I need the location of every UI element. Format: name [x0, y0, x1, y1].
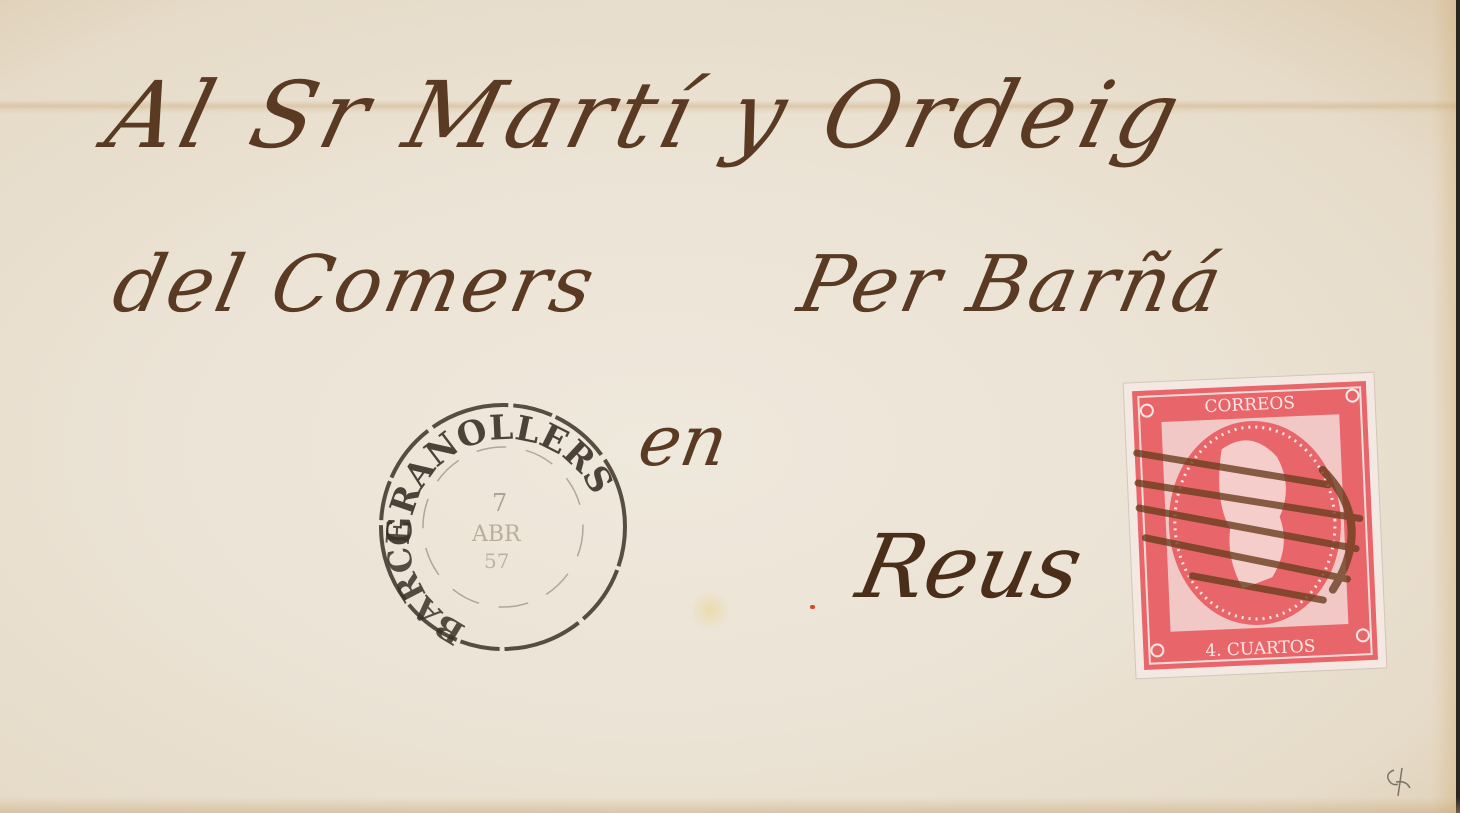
stamp-top-label: CORREOS	[1204, 393, 1295, 417]
letter-cover: Al Sr Martí y Ordeig del Comers Per Barñ…	[0, 0, 1460, 813]
address-line-1: Al Sr Martí y Ordeig	[97, 62, 1196, 169]
postmark-icon: GRANOLLERS BARCELONA 7 ABR 57	[372, 396, 634, 658]
address-city: Reus	[849, 515, 1091, 618]
postmark-year: 57	[484, 549, 509, 573]
postmark-circle: GRANOLLERS BARCELONA 7 ABR 57	[372, 396, 634, 658]
bottom-edge-stain	[0, 797, 1460, 813]
red-spot	[810, 605, 815, 609]
address-line-3: en	[633, 400, 734, 482]
address-line-2: del Comers Per Barñá	[105, 240, 1232, 330]
pencil-note-icon	[1380, 760, 1420, 800]
address-line-2-right: Per Barñá	[791, 240, 1232, 330]
postmark-day: 7	[492, 489, 507, 517]
address-line-2-left: del Comers	[105, 240, 604, 330]
edge-stain	[1432, 0, 1456, 813]
yellow-stain	[690, 590, 730, 630]
postmark-month: ABR	[471, 522, 522, 547]
stamp-design-icon: CORREOS 4. CUARTOS	[1124, 373, 1387, 679]
cover-edge	[1456, 0, 1460, 813]
postage-stamp: CORREOS 4. CUARTOS	[1124, 373, 1387, 679]
